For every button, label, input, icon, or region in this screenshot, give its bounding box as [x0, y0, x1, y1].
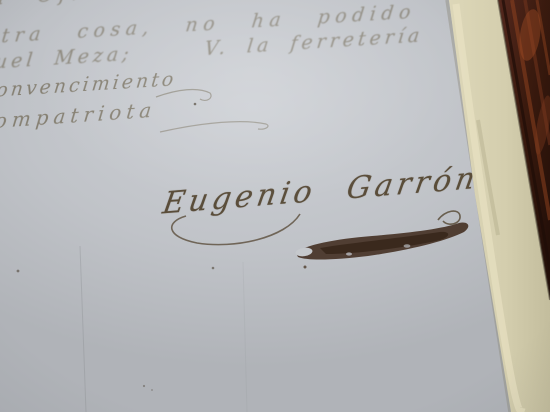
wood-grain-patch-2: [532, 94, 550, 155]
flourish-stroke-line4: [156, 90, 211, 101]
manuscript-photo: ia Of. M. Farro; mientras otra cosa, no …: [0, 0, 550, 412]
handwriting-line-5: Compatriota: [0, 97, 158, 134]
wood-grain-patch-1: [516, 8, 543, 62]
ink-blot: [296, 223, 468, 260]
page-edge: [449, 0, 550, 412]
page-edge-highlight: [456, 4, 522, 411]
wood-frame: [498, 0, 550, 300]
paper-crease-1: [80, 246, 86, 412]
ink-blot-gap-1: [346, 252, 352, 255]
ink-specks: [17, 103, 307, 391]
ink-blot-highlight: [295, 247, 313, 258]
ink-blot-gap-2: [404, 244, 411, 247]
flourish-stroke-line5: [160, 122, 268, 132]
signature-end-curl: [438, 211, 460, 224]
page-edge-smudge: [478, 120, 498, 235]
frame-gap-shadow: [498, 0, 550, 300]
signature-text: Eugenio Garrón: [160, 161, 481, 222]
paper-crease-2: [243, 262, 247, 412]
wood-grain: [503, 0, 550, 270]
ink-blot-core: [320, 232, 448, 254]
page-edge-shadow: [447, 0, 510, 412]
